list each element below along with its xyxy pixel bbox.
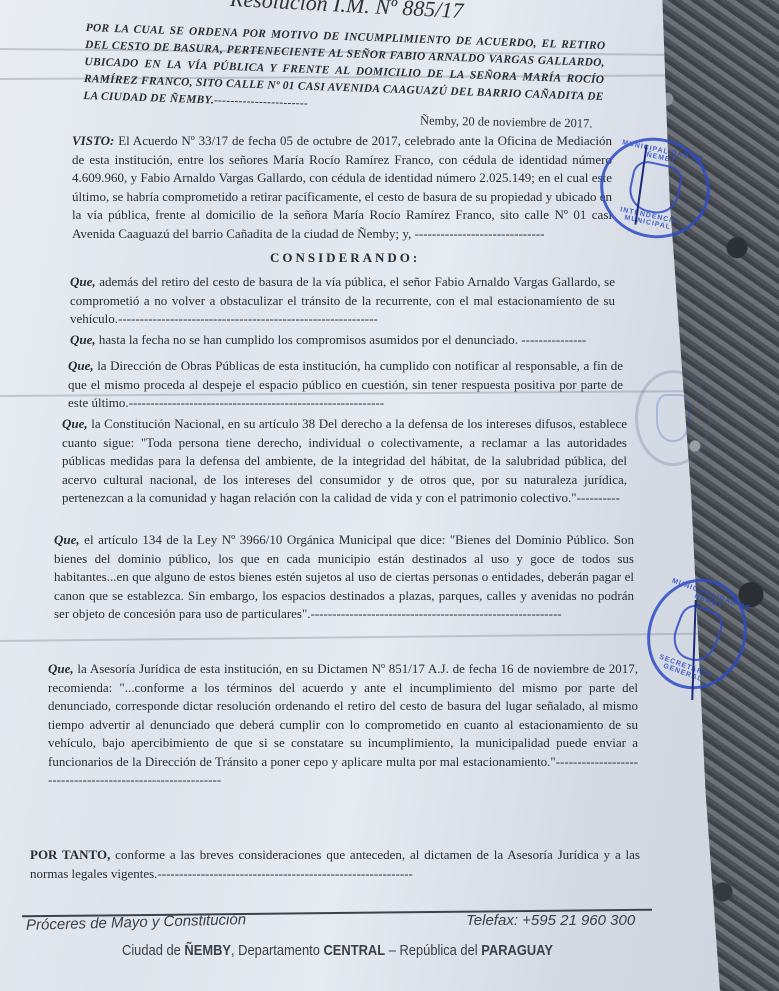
que-lead: Que, [48, 661, 74, 676]
footer-country-prefix: – República del [385, 942, 481, 959]
footer-telefax: Telefax: +595 21 960 300 [466, 912, 635, 929]
por-tanto-paragraph: POR TANTO, conforme a las breves conside… [30, 846, 640, 883]
considerando-text: la Asesoría Jurídica de esta institución… [48, 661, 638, 787]
visto-lead: VISTO: [72, 133, 114, 148]
que-lead: Que, [62, 416, 88, 431]
considerando-item: Que, la Asesoría Jurídica de esta instit… [48, 660, 638, 790]
paper-crease [0, 633, 700, 642]
footer-dept: CENTRAL [323, 942, 385, 959]
visto-paragraph: VISTO: El Acuerdo Nº 33/17 de fecha 05 d… [72, 132, 612, 243]
visto-text: El Acuerdo Nº 33/17 de fecha 05 de octub… [72, 133, 612, 241]
considerando-item: Que, hasta la fecha no se han cumplido l… [70, 331, 615, 350]
coat-of-arms-icon [656, 394, 691, 441]
footer-country: PARAGUAY [481, 942, 553, 959]
faded-stamp-impression [635, 370, 711, 466]
considerando-item: Que, además del retiro del cesto de basu… [70, 273, 615, 329]
que-lead: Que, [70, 274, 96, 289]
que-lead: Que, [54, 532, 80, 547]
footer-dept-prefix: , Departamento [231, 942, 324, 959]
considerando-text: la Constitución Nacional, en su artículo… [62, 416, 627, 505]
coat-of-arms-icon [667, 601, 728, 668]
considerando-text: la Dirección de Obras Públicas de esta i… [68, 358, 623, 410]
footer-city-line: Ciudad de ÑEMBY, Departamento CENTRAL – … [122, 942, 553, 959]
footer-city: ÑEMBY [184, 942, 231, 959]
considerando-heading: CONSIDERANDO: [270, 250, 420, 266]
considerando-item: Que, el artículo 134 de la Ley Nº 3966/1… [54, 531, 634, 624]
que-lead: Que, [70, 332, 96, 347]
considerando-text: además del retiro del cesto de basura de… [70, 274, 615, 326]
que-lead: Que, [68, 358, 94, 373]
considerando-text: el artículo 134 de la Ley Nº 3966/10 Org… [54, 532, 634, 621]
resolution-header: POR LA CUAL SE ORDENA POR MOTIVO DE INCU… [83, 20, 606, 123]
considerando-text: hasta la fecha no se han cumplido los co… [99, 332, 586, 347]
considerando-item: Que, la Dirección de Obras Públicas de e… [68, 357, 623, 413]
por-tanto-text: conforme a las breves consideraciones qu… [30, 847, 640, 881]
footer-city-prefix: Ciudad de [122, 942, 184, 959]
place-date: Ñemby, 20 de noviembre de 2017. [420, 113, 593, 131]
considerando-item: Que, la Constitución Nacional, en su art… [62, 415, 627, 508]
por-tanto-lead: POR TANTO, [30, 847, 110, 862]
